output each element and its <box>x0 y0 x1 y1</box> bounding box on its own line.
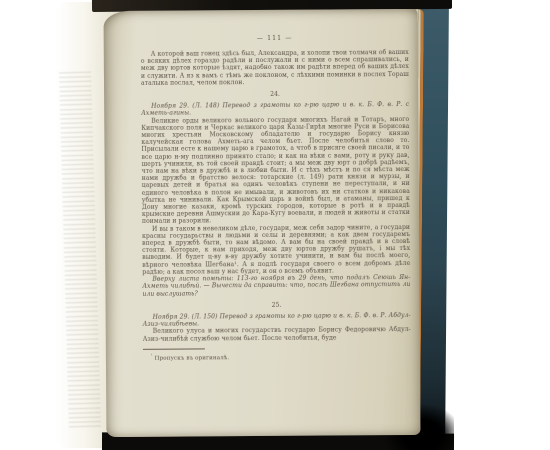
footnote: ¹ Пропускъ въ оригиналѣ. <box>143 350 411 363</box>
section-number: 24. <box>141 90 409 99</box>
page-blocks: А которой ваш гонец здѣсь был, Александр… <box>141 49 411 343</box>
footnote-text: Пропускъ въ оригиналѣ. <box>155 355 230 362</box>
body-paragraph: Великие орды великого вольного государя … <box>141 116 410 226</box>
section-number: 25. <box>143 301 411 310</box>
body-paragraph: И вы в таком в невеликом дѣле, государи,… <box>142 224 410 276</box>
archival-note: Вверху листа помѣты: 113-го ноября въ 29… <box>142 274 410 297</box>
page-number: — 111 — <box>141 34 409 43</box>
footnote-rule <box>143 348 205 349</box>
book-photo: — 111 — А которой ваш гонец здѣсь был, А… <box>0 0 550 450</box>
page-body: — 111 — А которой ваш гонец здѣсь был, А… <box>104 9 421 437</box>
book-page: — 111 — А которой ваш гонец здѣсь был, А… <box>104 9 421 437</box>
body-paragraph: А которой ваш гонец здѣсь был, Александр… <box>141 49 409 87</box>
body-paragraph: Великого улуса и многих государствъ госу… <box>143 326 411 342</box>
footnote-marker: ¹ <box>151 352 153 357</box>
